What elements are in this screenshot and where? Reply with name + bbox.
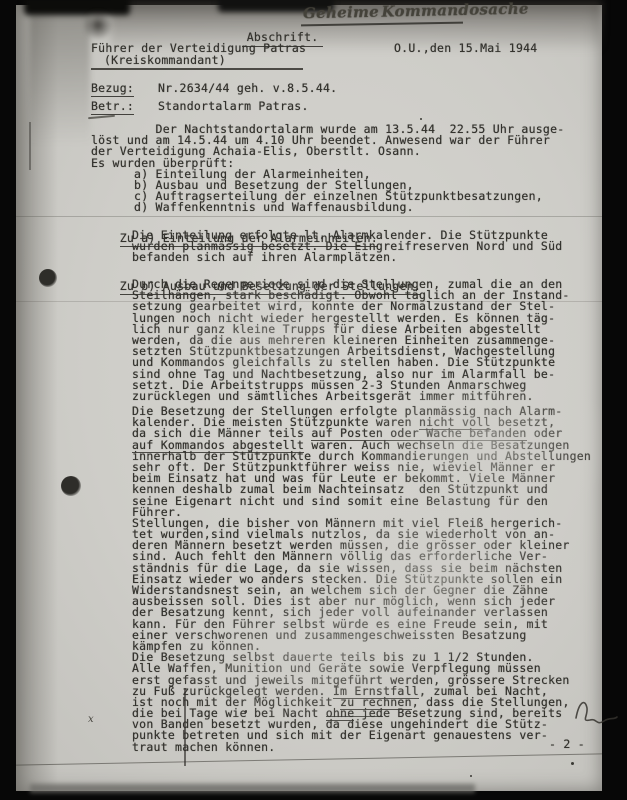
body-line: zurücklegen und sämtliches Arbeitsgerät … xyxy=(132,391,570,402)
date-line: O.U.,den 15.Mai 1944 xyxy=(394,41,537,55)
reference-value: Nr.2634/44 geh. v.8.5.44. xyxy=(158,81,337,95)
edge-scratch xyxy=(29,122,31,170)
body-line: seine Eigenart nicht und sind somit eine… xyxy=(132,496,591,507)
subject-value: Standortalarm Patras. xyxy=(158,99,309,113)
handwritten-mark xyxy=(570,696,620,732)
hole-punch xyxy=(61,476,81,496)
continuation-paragraph: Die Besetzung der Stellungen erfolgte pl… xyxy=(132,406,591,753)
pencil-x-mark: x xyxy=(88,714,94,725)
sender-line-2: (Kreiskommandant) xyxy=(104,53,226,67)
scan-speck xyxy=(245,710,247,713)
crease-line xyxy=(16,301,602,302)
scan-speck xyxy=(571,762,574,765)
body-line: befanden sich auf ihren Alarmplätzen. xyxy=(132,252,562,263)
hole-punch xyxy=(39,269,57,287)
crease-line xyxy=(16,216,602,217)
body-line: traut machen können. xyxy=(132,742,591,753)
subject-label: Betr.: xyxy=(91,99,134,115)
intro-paragraph: Der Nachtstandortalarm wurde am 13.5.44 … xyxy=(91,124,564,214)
subject-row: Betr.: xyxy=(91,99,134,113)
reference-row: Bezug: xyxy=(91,81,134,95)
sender-underline xyxy=(91,68,303,70)
section-b-body: Durch die Regenperiode sind die Stellung… xyxy=(132,279,570,402)
body-line: d) Waffenkenntnis und Waffenausbildung. xyxy=(91,202,564,213)
scan-speck xyxy=(420,118,422,120)
page-number: - 2 - xyxy=(549,737,585,751)
scan-speck xyxy=(470,775,472,777)
section-a-body: Die Einteilung erfolgte lt. Alarmkalende… xyxy=(132,230,562,264)
scanned-photo: Abschrift. Geheime Kommandosache Führer … xyxy=(0,0,627,800)
reference-label: Bezug: xyxy=(91,81,134,97)
